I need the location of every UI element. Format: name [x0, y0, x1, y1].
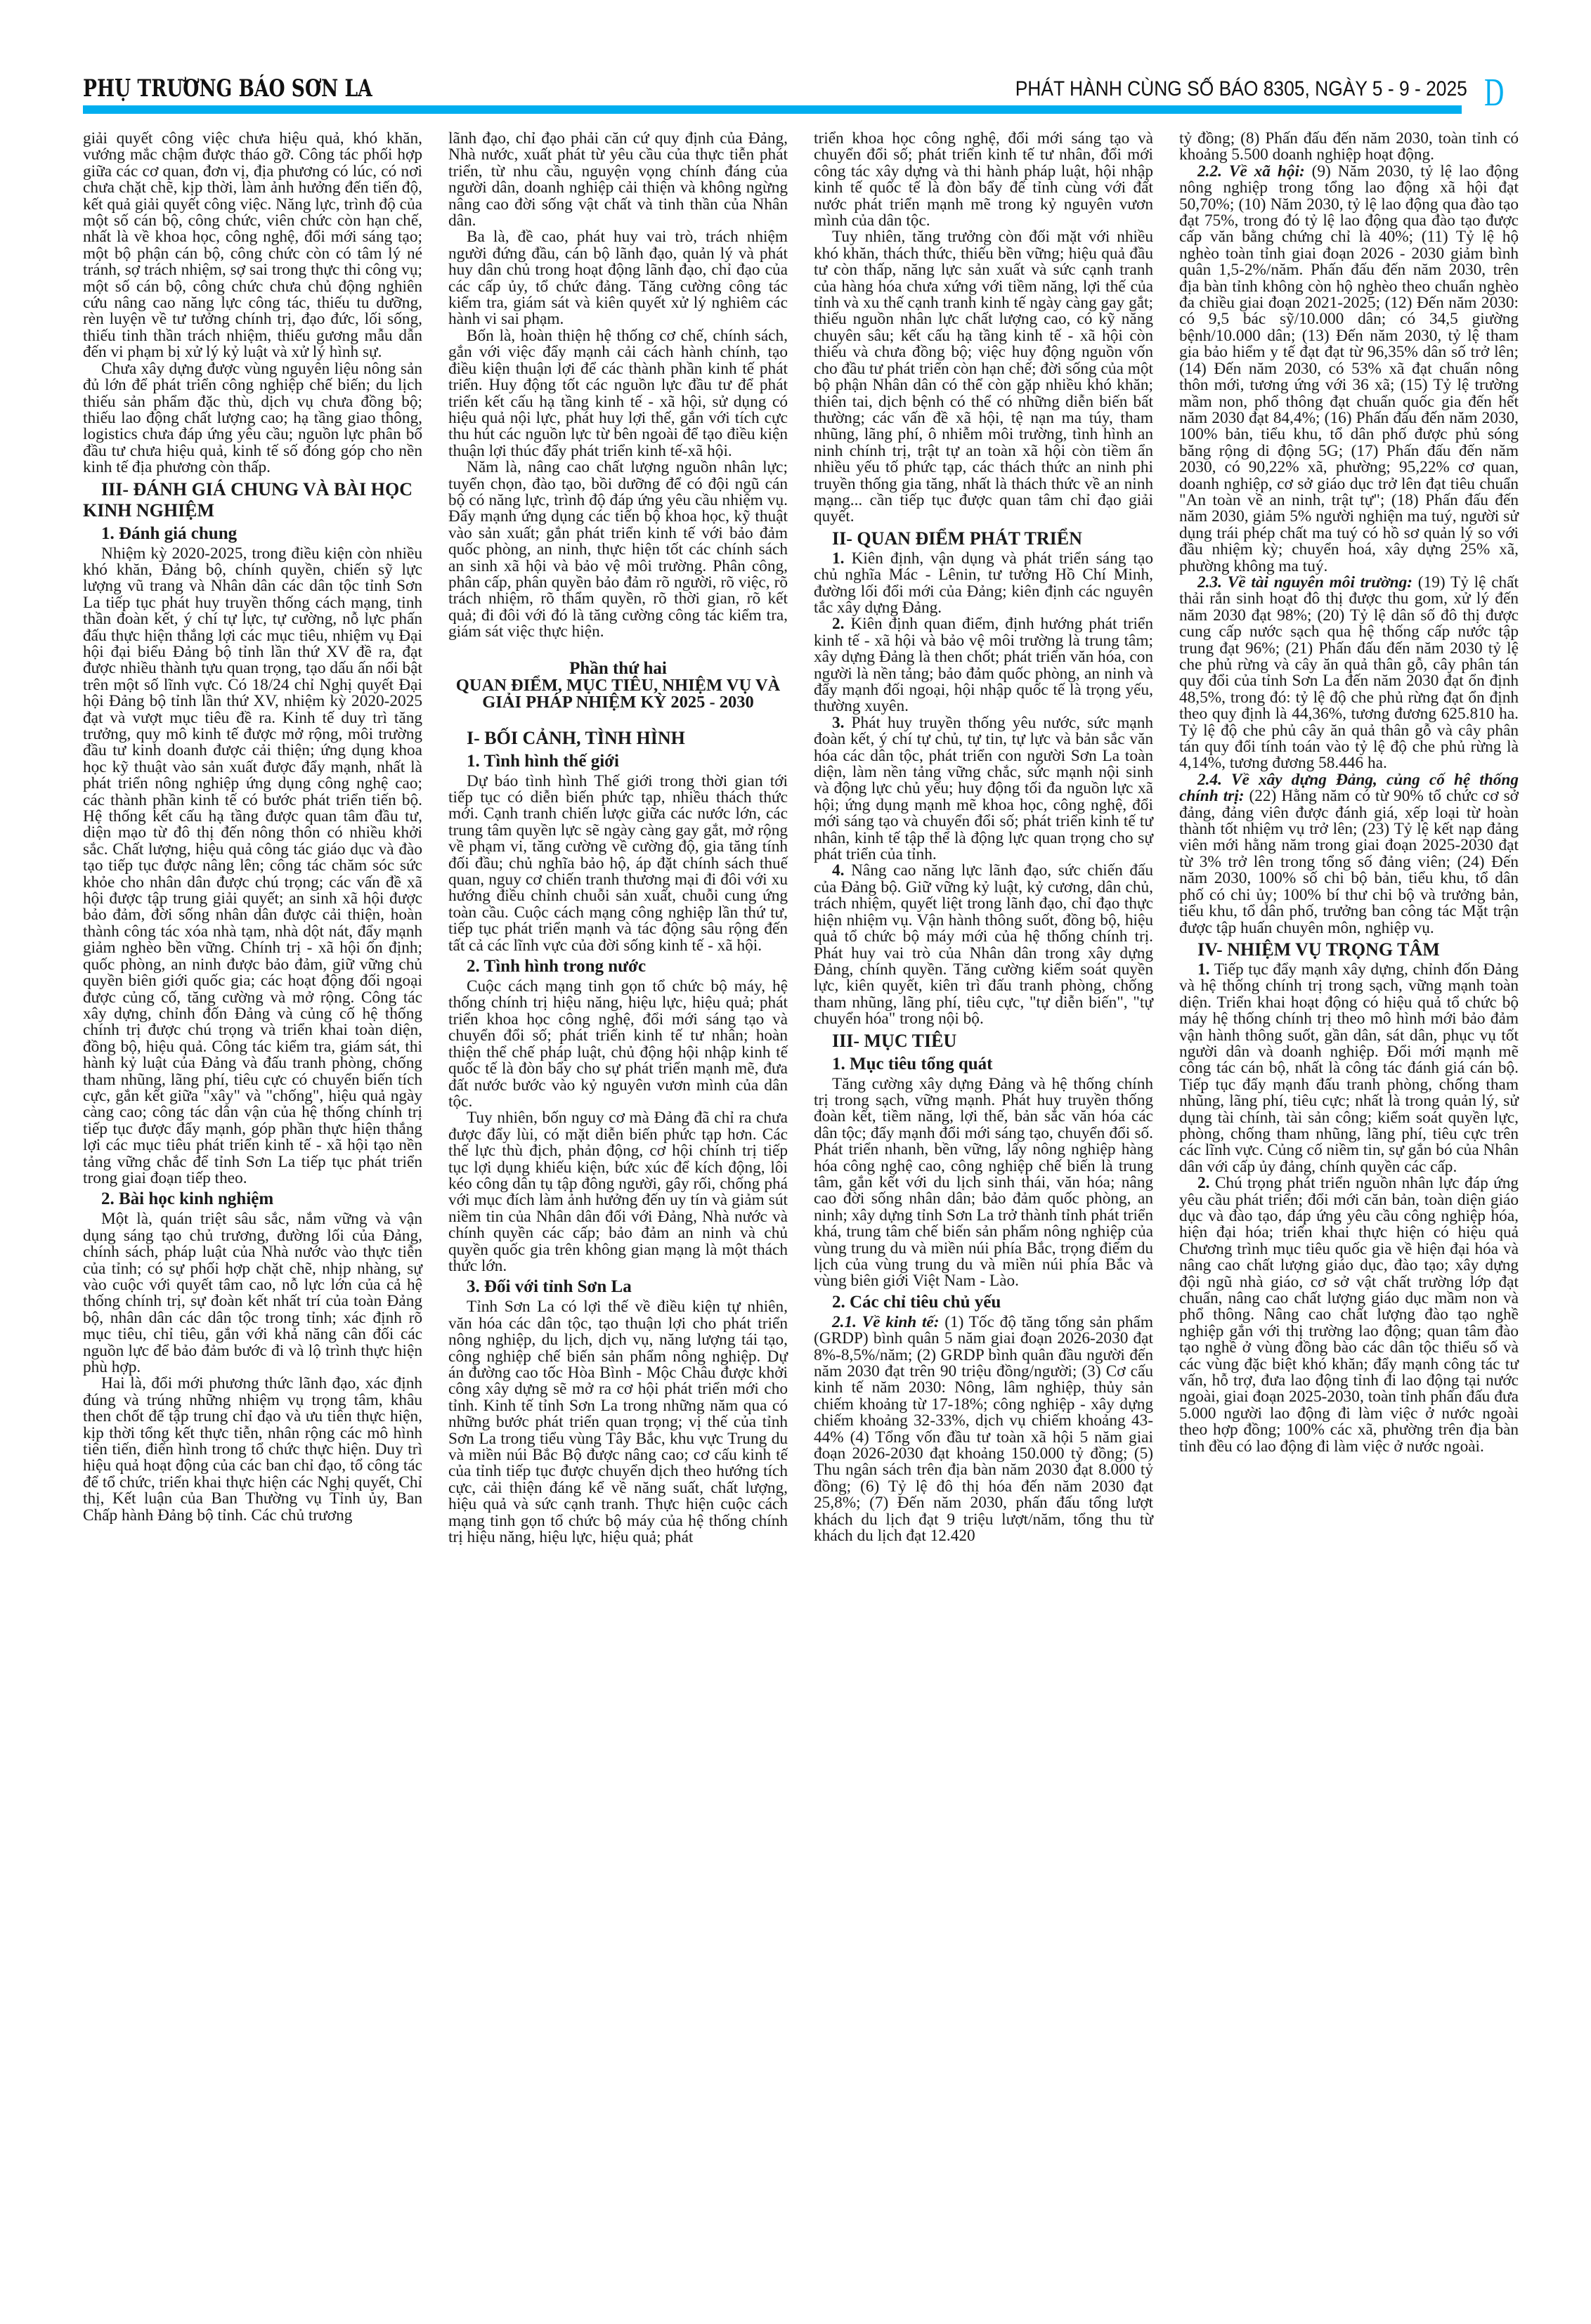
paragraph: Nhiệm kỳ 2020-2025, trong điều kiện còn … — [83, 546, 422, 1187]
section-heading-iv: IV- NHIỆM VỤ TRỌNG TÂM — [1179, 939, 1519, 960]
paragraph: Chưa xây dựng được vùng nguyên liệu nông… — [83, 361, 422, 476]
column-3: triển khoa học công nghệ, đổi mới sáng t… — [814, 131, 1153, 1545]
paragraph: lãnh đạo, chỉ đạo phải căn cứ quy định c… — [448, 131, 788, 229]
paragraph: giải quyết công việc chưa hiệu quả, khó … — [83, 131, 422, 361]
column-4: tỷ đồng; (8) Phấn đấu đến năm 2030, toàn… — [1179, 131, 1519, 1455]
subheading: 2. Tình hình trong nước — [448, 957, 788, 977]
viewpoint-item: 2. Kiên định quan điểm, định hướng phát … — [814, 616, 1153, 714]
subheading: 2. Các chỉ tiêu chủ yếu — [814, 1293, 1153, 1312]
paragraph: Dự báo tình hình Thế giới trong thời gia… — [448, 773, 788, 954]
task-item: 2. Chú trọng phát triển nguồn nhân lực đ… — [1179, 1175, 1519, 1455]
section-heading-iii: III- ĐÁNH GIÁ CHUNG VÀ BÀI HỌC KINH NGHI… — [83, 479, 422, 521]
paragraph: Hai là, đổi mới phương thức lãnh đạo, xá… — [83, 1376, 422, 1524]
page-header: PHỤ TRƯƠNG BÁO SƠN LA PHÁT HÀNH CÙNG SỐ … — [83, 70, 1488, 105]
publication-title: PHỤ TRƯƠNG BÁO SƠN LA — [83, 74, 372, 103]
task-item: 1. Tiếp tục đẩy mạnh xây dựng, chỉnh đốn… — [1179, 962, 1519, 1175]
part-label: Phần thứ hai — [448, 660, 788, 677]
paragraph: triển khoa học công nghệ, đổi mới sáng t… — [814, 131, 1153, 229]
part-title: QUAN ĐIỂM, MỤC TIÊU, NHIỆM VỤ VÀ GIẢI PH… — [448, 677, 788, 711]
viewpoint-item: 3. Phát huy truyền thống yêu nước, sức m… — [814, 715, 1153, 863]
header-rule-divider — [83, 105, 1462, 114]
environment-targets: 2.3. Về tài nguyên môi trường: (19) Tỷ l… — [1179, 575, 1519, 772]
column-2: lãnh đạo, chỉ đạo phải căn cứ quy định c… — [448, 131, 788, 1546]
column-1: giải quyết công việc chưa hiệu quả, khó … — [83, 131, 422, 1524]
viewpoint-item: 4. Nâng cao năng lực lãnh đạo, sức chiến… — [814, 863, 1153, 1027]
paragraph: Cuộc cách mạng tinh gọn tổ chức bộ máy, … — [448, 979, 788, 1110]
paragraph: Tỉnh Sơn La có lợi thế về điều kiện tự n… — [448, 1299, 788, 1546]
paragraph: Tăng cường xây dựng Đảng và hệ thống chí… — [814, 1076, 1153, 1290]
party-building-targets: 2.4. Về xây dựng Đảng, củng cố hệ thống … — [1179, 772, 1519, 936]
paragraph: Tuy nhiên, bốn nguy cơ mà Đảng đã chỉ ra… — [448, 1110, 788, 1274]
subheading: 2. Bài học kinh nghiệm — [83, 1189, 422, 1209]
paragraph: Năm là, nâng cao chất lượng nguồn nhân l… — [448, 459, 788, 640]
paragraph: tỷ đồng; (8) Phấn đấu đến năm 2030, toàn… — [1179, 131, 1519, 164]
subheading: 1. Đánh giá chung — [83, 524, 422, 544]
page-section-letter: D — [1484, 73, 1504, 112]
paragraph: Ba là, đề cao, phát huy vai trò, trách n… — [448, 229, 788, 327]
subheading: 1. Tình hình thế giới — [448, 752, 788, 771]
viewpoint-item: 1. Kiên định, vận dụng và phát triển sán… — [814, 551, 1153, 617]
subheading: 1. Mục tiêu tổng quát — [814, 1055, 1153, 1074]
economic-targets: 2.1. Về kinh tế: (1) Tốc độ tăng tổng sả… — [814, 1314, 1153, 1545]
paragraph: Bốn là, hoàn thiện hệ thống cơ chế, chín… — [448, 328, 788, 459]
article-body: giải quyết công việc chưa hiệu quả, khó … — [83, 131, 1488, 2309]
section-heading-iii-goals: III- MỤC TIÊU — [814, 1031, 1153, 1052]
section-heading-ii: II- QUAN ĐIỂM PHÁT TRIỂN — [814, 528, 1153, 549]
part-heading: Phần thứ hai QUAN ĐIỂM, MỤC TIÊU, NHIỆM … — [448, 660, 788, 711]
social-targets: 2.2. Về xã hội: (9) Năm 2030, tỷ lệ lao … — [1179, 164, 1519, 575]
subheading: 3. Đối với tỉnh Sơn La — [448, 1277, 788, 1297]
issue-info: PHÁT HÀNH CÙNG SỐ BÁO 8305, NGÀY 5 - 9 -… — [1015, 77, 1467, 101]
paragraph: Tuy nhiên, tăng trưởng còn đối mặt với n… — [814, 229, 1153, 525]
section-heading-i: I- BỐI CẢNH, TÌNH HÌNH — [448, 728, 788, 749]
paragraph: Một là, quán triệt sâu sắc, nắm vững và … — [83, 1211, 422, 1376]
